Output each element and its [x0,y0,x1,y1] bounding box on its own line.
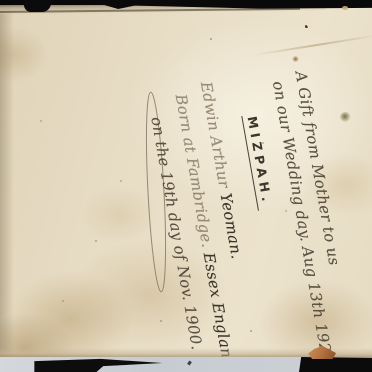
top-paper-fleck [342,6,348,10]
foxing-specks [210,38,212,40]
brown-stain-spot [292,56,299,62]
page-gutter-shadow [0,0,14,372]
mizpah-heading: MIZPAH. [241,113,275,210]
bottom-black-shape-right [299,357,372,372]
dark-stain-spot [340,112,351,122]
ink-dot [305,25,307,28]
top-black-blob [24,0,51,12]
photo-of-book-flyleaf: A Gift from Mother to us on our Wedding … [0,0,372,372]
name-last: Yeoman. [217,192,246,261]
